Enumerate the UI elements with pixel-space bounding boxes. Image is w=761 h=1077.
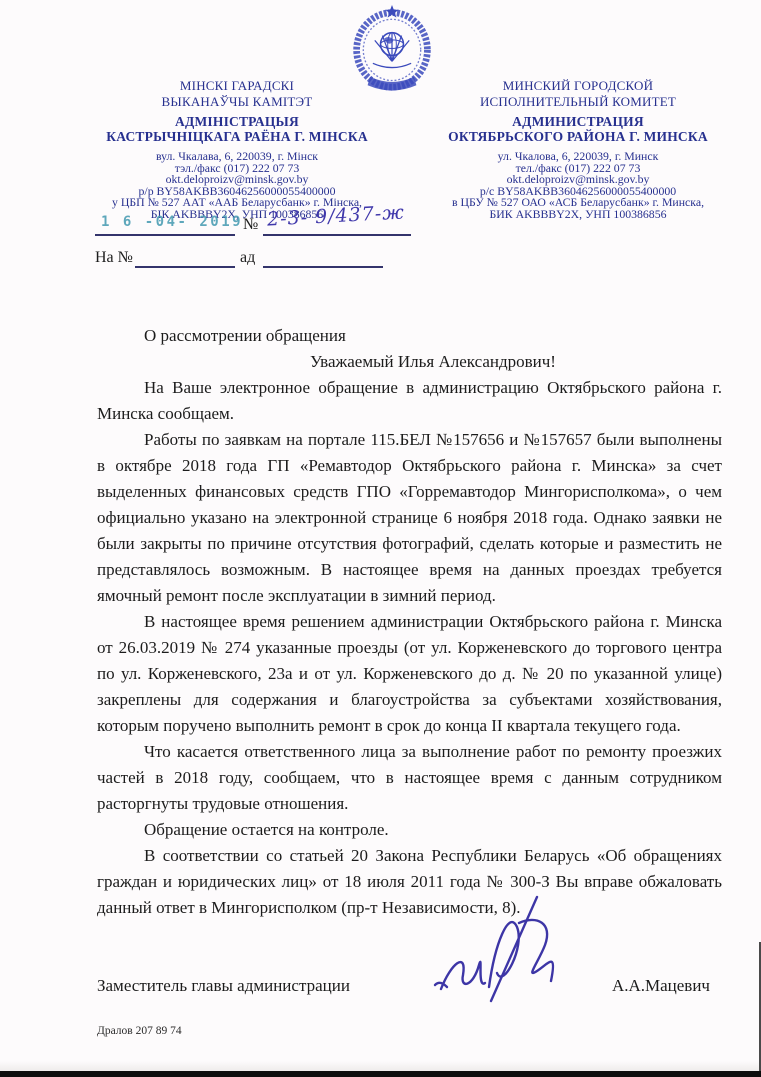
- letter-body: О рассмотрении обращения Уважаемый Илья …: [97, 323, 722, 921]
- date-stamp: 1 6 -04- 2019: [101, 214, 243, 230]
- org-name-line: ВЫКАНАЎЧЫ КАМІТЭТ: [72, 94, 402, 110]
- body-paragraph: Обращение остается на контроле.: [97, 817, 722, 843]
- signature-ink-icon: [428, 893, 578, 1011]
- body-paragraph: В соответствии со статьей 20 Закона Респ…: [97, 843, 722, 921]
- letterhead-right-russian: МИНСКИЙ ГОРОДСКОЙ ИСПОЛНИТЕЛЬНЫЙ КОМИТЕТ…: [413, 78, 743, 221]
- subject-line: О рассмотрении обращения: [97, 323, 722, 349]
- dept-name-line: ОКТЯБРЬСКОГО РАЙОНА Г. МИНСКА: [413, 129, 743, 144]
- org-name-line: ИСПОЛНИТЕЛЬНЫЙ КОМИТЕТ: [413, 94, 743, 110]
- letterhead-left-belarusian: МІНСКІ ГАРАДСКІ ВЫКАНАЎЧЫ КАМІТЭТ АДМІНІ…: [72, 78, 402, 221]
- address-line: БИК AKBBBY2X, УНП 100386856: [413, 209, 743, 221]
- signer-position: Заместитель главы администрации: [97, 976, 350, 996]
- body-paragraph: Что касается ответственного лица за выпо…: [97, 739, 722, 817]
- address-block: ул. Чкалова, 6, 220039, г. Минск тел./фа…: [413, 151, 743, 221]
- reply-date-underline: [263, 244, 383, 268]
- org-name-line: МІНСКІ ГАРАДСКІ: [72, 78, 402, 94]
- scan-edge-shade: [0, 1061, 761, 1071]
- greeting-line: Уважаемый Илья Александрович!: [97, 349, 722, 375]
- letterhead: МІНСКІ ГАРАДСКІ ВЫКАНАЎЧЫ КАМІТЭТ АДМІНІ…: [0, 78, 761, 221]
- executor-note: Дралов 207 89 74: [97, 1025, 182, 1037]
- body-paragraph: На Ваше электронное обращение в админист…: [97, 375, 722, 427]
- reply-date-label: ад: [240, 249, 255, 267]
- dept-name-line: АДМІНІСТРАЦЫЯ: [72, 114, 402, 129]
- reference-block: 1 6 -04- 2019 № 2-3- 9/437-ж На № ад: [95, 212, 435, 274]
- signer-name: А.А.Мацевич: [612, 976, 710, 996]
- scan-edge-bottom: [0, 1071, 761, 1077]
- dept-name-line: АДМИНИСТРАЦИЯ: [413, 114, 743, 129]
- reply-underline: [135, 244, 235, 268]
- reply-number-label: На №: [95, 249, 133, 267]
- number-label: №: [243, 216, 258, 234]
- document-page: МІНСКІ ГАРАДСКІ ВЫКАНАЎЧЫ КАМІТЭТ АДМІНІ…: [0, 0, 761, 1077]
- body-paragraph: В настоящее время решением администрации…: [97, 609, 722, 739]
- org-name-line: МИНСКИЙ ГОРОДСКОЙ: [413, 78, 743, 94]
- body-paragraph: Работы по заявкам на портале 115.БЕЛ №15…: [97, 427, 722, 609]
- dept-name-line: КАСТРЫЧНІЦКАГА РАЁНА Г. МІНСКА: [72, 129, 402, 144]
